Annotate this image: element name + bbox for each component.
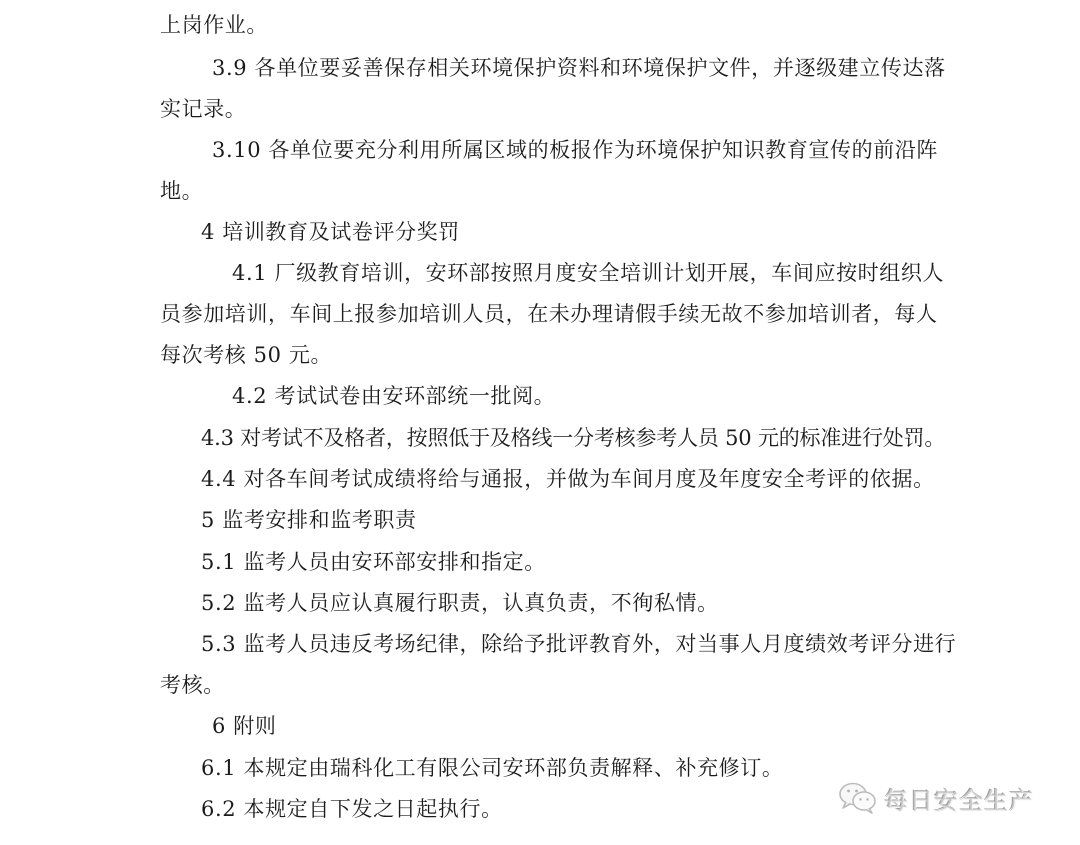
clause-4-1-continuation-2: 每次考核 50 元。 (160, 341, 332, 369)
clause-6-1: 6.1 本规定由瑞科化工有限公司安环部负责解释、补充修订。 (201, 754, 783, 782)
clause-5-3-continuation: 考核。 (160, 671, 225, 699)
clause-4-3: 4.3 对考试不及格者，按照低于及格线一分考核参考人员 50 元的标准进行处罚。 (201, 424, 945, 452)
watermark: 每日安全生产 (838, 780, 1034, 816)
clause-5-3: 5.3 监考人员违反考场纪律，除给予批评教育外，对当事人月度绩效考评分进行 (201, 630, 956, 658)
section-heading-5: 5 监考安排和监考职责 (201, 506, 417, 534)
clause-4-2: 4.2 考试试卷由安环部统一批阅。 (232, 382, 555, 410)
clause-4-1-continuation-1: 员参加培训，车间上报参加培训人员，在未办理请假手续无故不参加培训者，每人 (160, 300, 938, 328)
clause-3-10-continuation: 地。 (160, 177, 203, 205)
clause-5-2: 5.2 监考人员应认真履行职责，认真负责，不徇私情。 (201, 589, 719, 617)
clause-3-9: 3.9 各单位要妥善保存相关环境保护资料和环境保护文件，并逐级建立传达落 (212, 54, 946, 82)
text-line-continuation-3-8: 上岗作业。 (160, 11, 268, 39)
clause-3-9-continuation: 实记录。 (160, 95, 246, 123)
clause-4-1: 4.1 厂级教育培训，安环部按照月度安全培训计划开展，车间应按时组织人 (232, 259, 944, 287)
clause-3-10: 3.10 各单位要充分利用所属区域的板报作为环境保护知识教育宣传的前沿阵 (212, 136, 938, 164)
watermark-text: 每日安全生产 (884, 781, 1034, 816)
wechat-icon (838, 781, 878, 815)
clause-6-2: 6.2 本规定自下发之日起执行。 (201, 795, 503, 823)
clause-4-4: 4.4 对各车间考试成绩将给与通报，并做为车间月度及年度安全考评的依据。 (201, 465, 935, 493)
clause-5-1: 5.1 监考人员由安环部安排和指定。 (201, 548, 546, 576)
section-heading-6: 6 附则 (212, 712, 276, 740)
section-heading-4: 4 培训教育及试卷评分奖罚 (201, 218, 460, 246)
